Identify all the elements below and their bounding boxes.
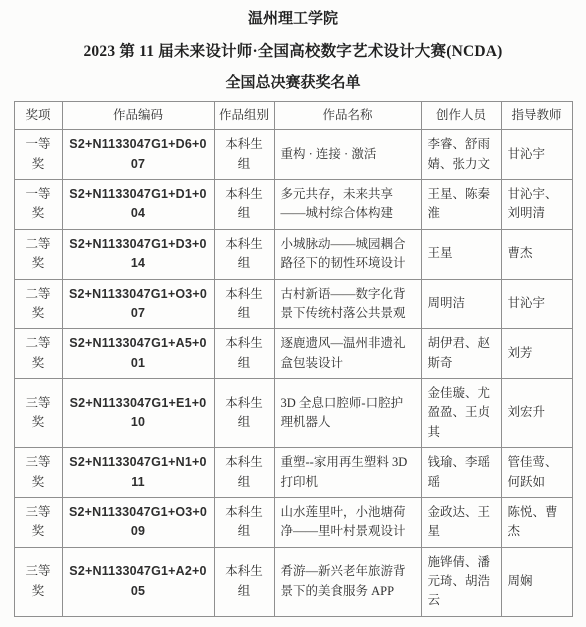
table-row: 一等奖S2+N1133047G1+D6+007本科生组重构 · 连接 · 激活李…	[14, 130, 572, 180]
table-row: 三等奖S2+N1133047G1+O3+009本科生组山水莲里叶，小池塘荷净——…	[14, 497, 572, 547]
award-cell: 二等奖	[14, 229, 62, 279]
work-title-cell: 3D 全息口腔师-口腔护理机器人	[274, 379, 421, 448]
column-header-work-name: 作品名称	[274, 101, 421, 129]
column-header-work-code: 作品编码	[62, 101, 214, 129]
work-code-cell: S2+N1133047G1+A2+005	[62, 547, 214, 616]
award-cell: 二等奖	[14, 329, 62, 379]
work-code-cell: S2+N1133047G1+D6+007	[62, 130, 214, 180]
work-code-cell: S2+N1133047G1+N1+011	[62, 448, 214, 498]
column-header-group: 作品组别	[214, 101, 274, 129]
group-cell: 本科生组	[214, 497, 274, 547]
creators-cell: 胡伊君、赵斯奇	[421, 329, 501, 379]
work-code-cell: S2+N1133047G1+E1+010	[62, 379, 214, 448]
work-code-cell: S2+N1133047G1+A5+001	[62, 329, 214, 379]
creators-cell: 李睿、舒雨婧、张力文	[421, 130, 501, 180]
creators-cell: 王星、陈秦淮	[421, 180, 501, 230]
group-cell: 本科生组	[214, 329, 274, 379]
work-code-cell: S2+N1133047G1+O3+009	[62, 497, 214, 547]
award-cell: 一等奖	[14, 130, 62, 180]
advisor-cell: 管佳莺、何跃如	[501, 448, 572, 498]
table-row: 二等奖S2+N1133047G1+A5+001本科生组逐鹿遗风—温州非遗礼盒包装…	[14, 329, 572, 379]
column-header-creators: 创作人员	[421, 101, 501, 129]
advisor-cell: 刘芳	[501, 329, 572, 379]
advisor-cell: 刘宏升	[501, 379, 572, 448]
advisor-cell: 周娴	[501, 547, 572, 616]
creators-cell: 钱瑜、李瑶瑶	[421, 448, 501, 498]
work-title-cell: 多元共存，未来共享——城村综合体构建	[274, 180, 421, 230]
work-code-cell: S2+N1133047G1+D3+014	[62, 229, 214, 279]
work-code-cell: S2+N1133047G1+D1+004	[62, 180, 214, 230]
award-cell: 一等奖	[14, 180, 62, 230]
column-header-award: 奖项	[14, 101, 62, 129]
group-cell: 本科生组	[214, 130, 274, 180]
work-title-cell: 重塑--家用再生塑料 3D 打印机	[274, 448, 421, 498]
table-row: 二等奖S2+N1133047G1+O3+007本科生组古村新语——数字化背景下传…	[14, 279, 572, 329]
award-cell: 二等奖	[14, 279, 62, 329]
table-row: 三等奖S2+N1133047G1+E1+010本科生组3D 全息口腔师-口腔护理…	[14, 379, 572, 448]
creators-cell: 周明洁	[421, 279, 501, 329]
column-header-advisor: 指导教师	[501, 101, 572, 129]
group-cell: 本科生组	[214, 279, 274, 329]
award-cell: 三等奖	[14, 497, 62, 547]
creators-cell: 金佳璇、尤盈盈、王贞其	[421, 379, 501, 448]
group-cell: 本科生组	[214, 448, 274, 498]
creators-cell: 王星	[421, 229, 501, 279]
awards-table: 奖项 作品编码 作品组别 作品名称 创作人员 指导教师 一等奖S2+N11330…	[14, 101, 573, 617]
work-title-cell: 古村新语——数字化背景下传统村落公共景观	[274, 279, 421, 329]
advisor-cell: 甘沁宇	[501, 130, 572, 180]
work-code-cell: S2+N1133047G1+O3+007	[62, 279, 214, 329]
award-cell: 三等奖	[14, 448, 62, 498]
award-list-document: 温州理工学院 2023 第 11 届未来设计师·全国高校数字艺术设计大赛(NCD…	[0, 0, 586, 627]
creators-cell: 施铧倩、潘元琦、胡浩云	[421, 547, 501, 616]
work-title-cell: 重构 · 连接 · 激活	[274, 130, 421, 180]
institution-title: 温州理工学院	[0, 10, 586, 29]
list-title: 全国总决赛获奖名单	[0, 74, 586, 93]
award-cell: 三等奖	[14, 547, 62, 616]
group-cell: 本科生组	[214, 547, 274, 616]
award-cell: 三等奖	[14, 379, 62, 448]
advisor-cell: 曹杰	[501, 229, 572, 279]
creators-cell: 金政达、王星	[421, 497, 501, 547]
document-header: 温州理工学院 2023 第 11 届未来设计师·全国高校数字艺术设计大赛(NCD…	[0, 10, 586, 93]
table-row: 一等奖S2+N1133047G1+D1+004本科生组多元共存，未来共享——城村…	[14, 180, 572, 230]
table-header-row: 奖项 作品编码 作品组别 作品名称 创作人员 指导教师	[14, 101, 572, 129]
work-title-cell: 小城脉动——城园耦合路径下的韧性环境设计	[274, 229, 421, 279]
work-title-cell: 肴游—新兴老年旅游背景下的美食服务 APP	[274, 547, 421, 616]
advisor-cell: 甘沁宇、刘明清	[501, 180, 572, 230]
competition-title: 2023 第 11 届未来设计师·全国高校数字艺术设计大赛(NCDA)	[0, 42, 586, 61]
table-row: 三等奖S2+N1133047G1+A2+005本科生组肴游—新兴老年旅游背景下的…	[14, 547, 572, 616]
advisor-cell: 陈悦、曹杰	[501, 497, 572, 547]
work-title-cell: 逐鹿遗风—温州非遗礼盒包装设计	[274, 329, 421, 379]
advisor-cell: 甘沁宇	[501, 279, 572, 329]
awards-table-body: 一等奖S2+N1133047G1+D6+007本科生组重构 · 连接 · 激活李…	[14, 130, 572, 617]
group-cell: 本科生组	[214, 379, 274, 448]
group-cell: 本科生组	[214, 180, 274, 230]
work-title-cell: 山水莲里叶，小池塘荷净——里叶村景观设计	[274, 497, 421, 547]
table-row: 三等奖S2+N1133047G1+N1+011本科生组重塑--家用再生塑料 3D…	[14, 448, 572, 498]
table-row: 二等奖S2+N1133047G1+D3+014本科生组小城脉动——城园耦合路径下…	[14, 229, 572, 279]
group-cell: 本科生组	[214, 229, 274, 279]
